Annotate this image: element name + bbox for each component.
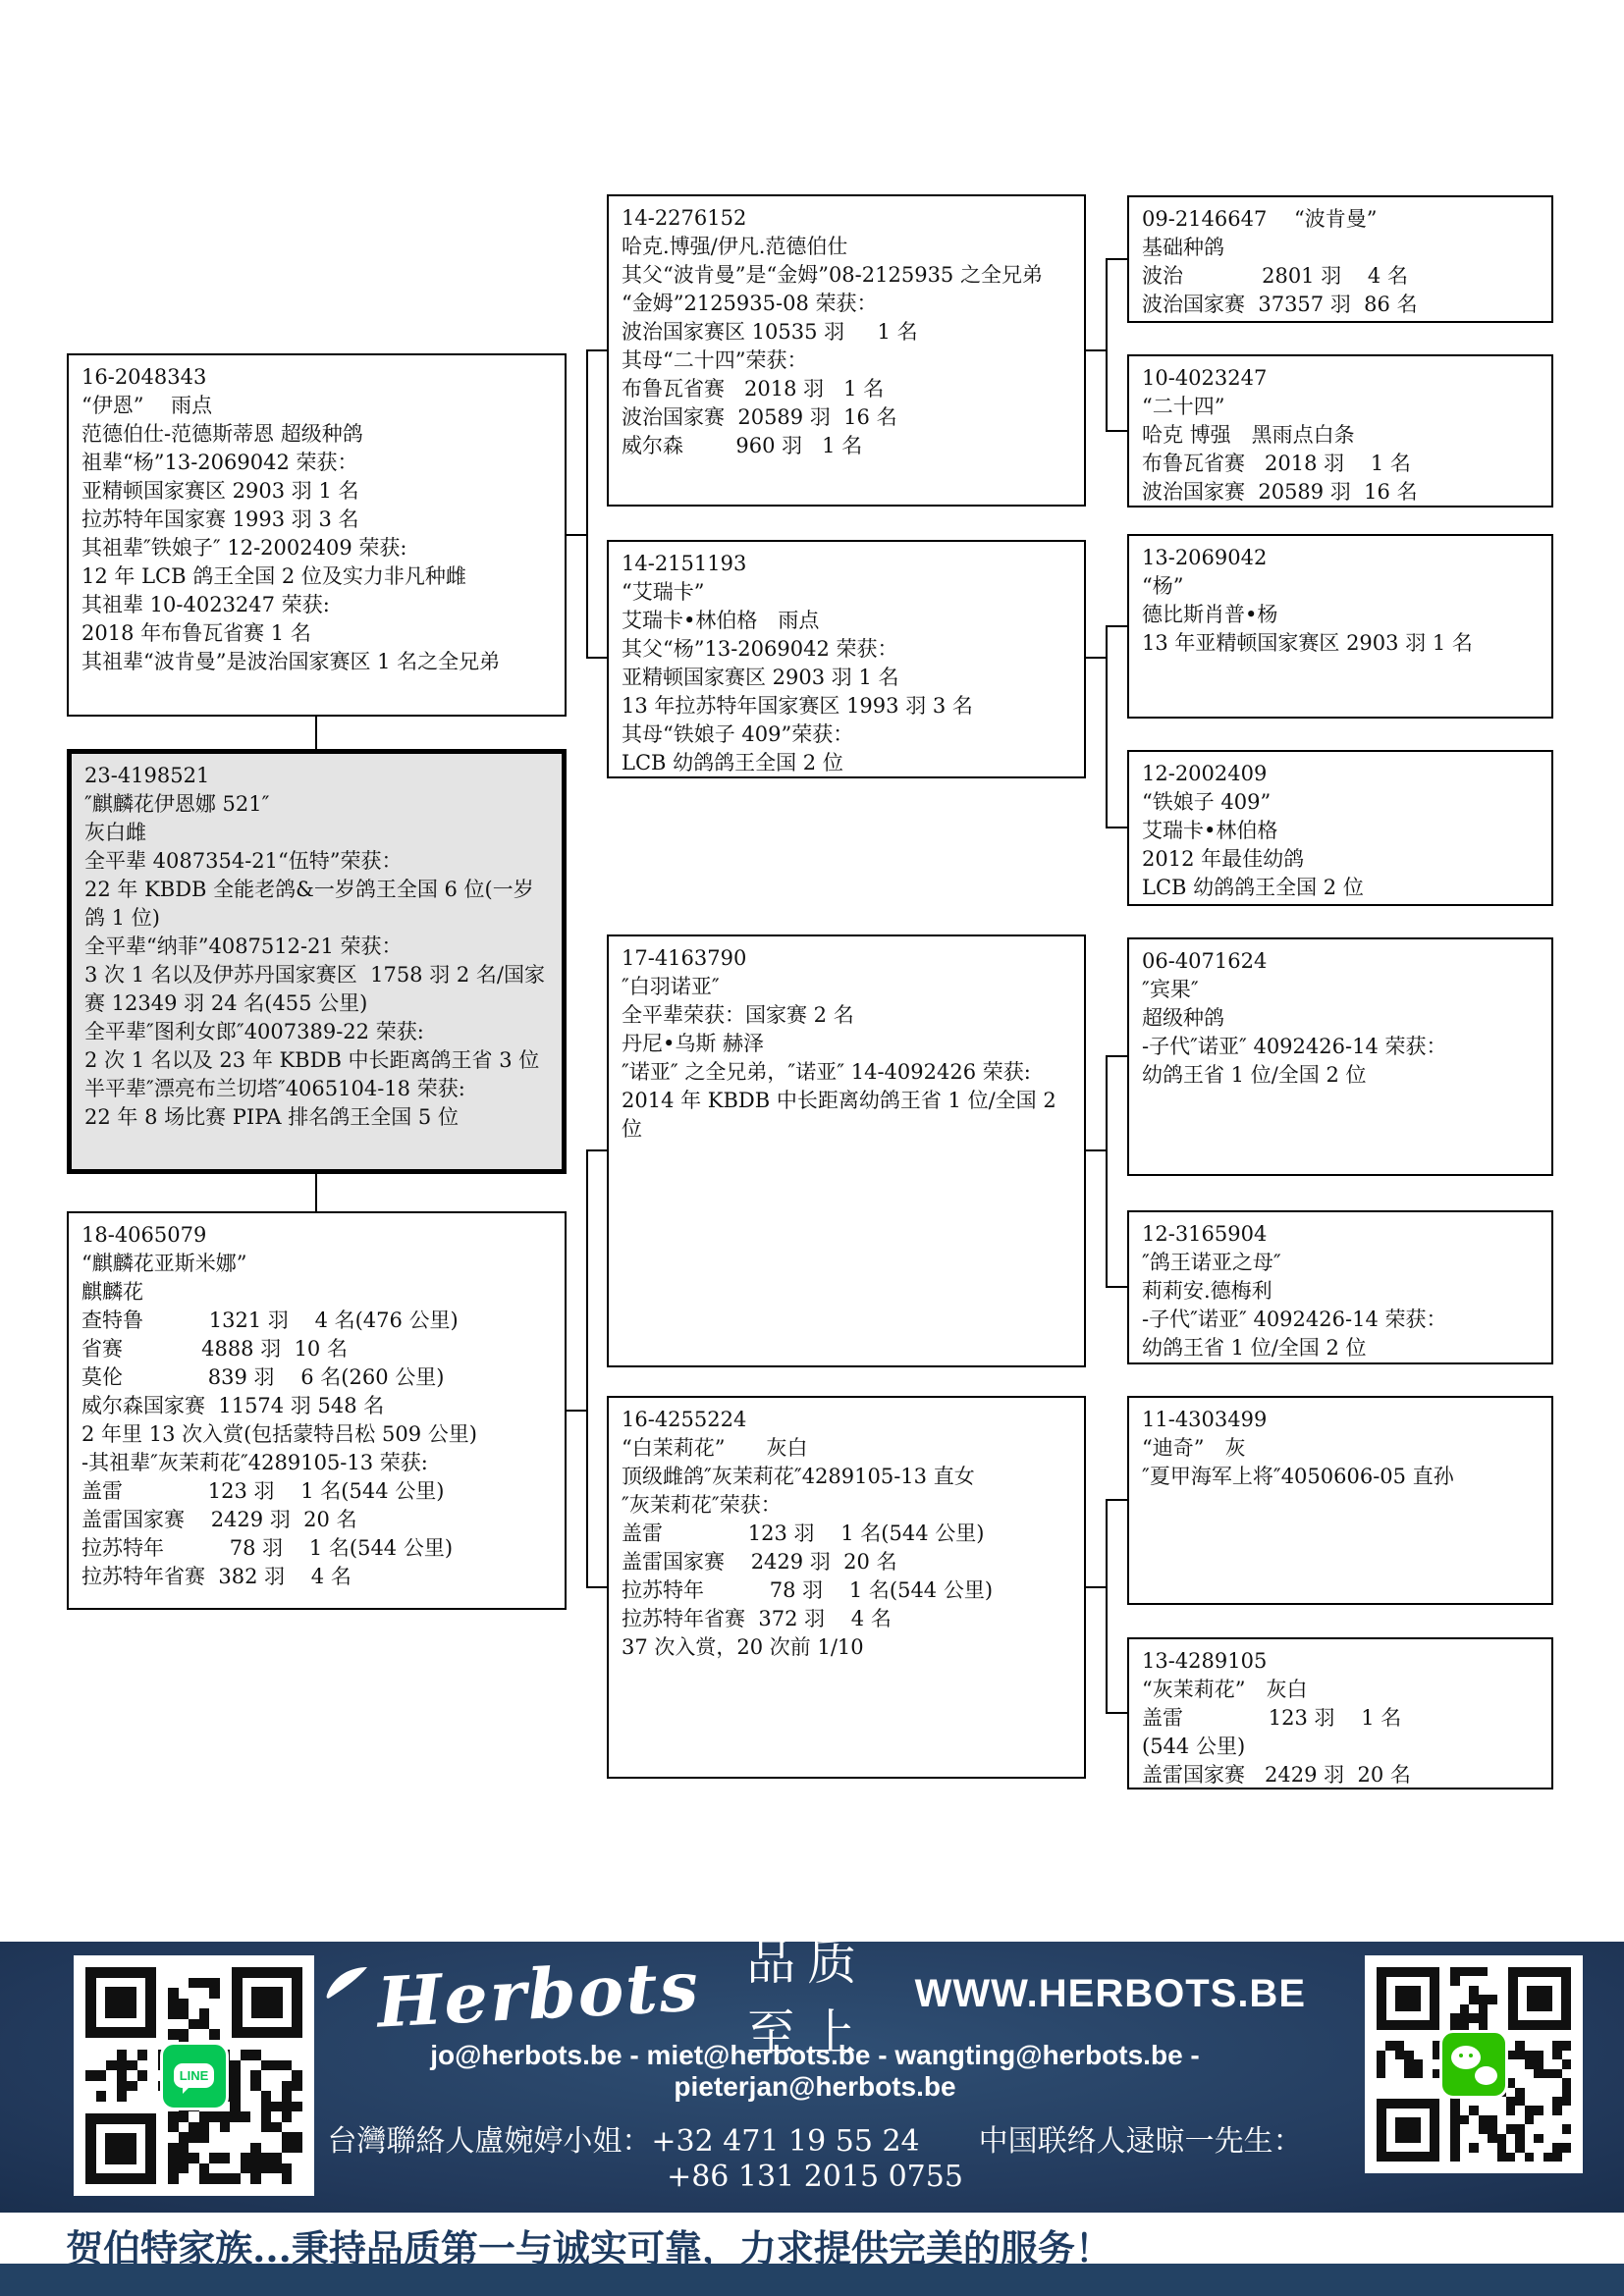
qr-finder xyxy=(232,1967,302,2038)
wechat-icon xyxy=(1439,2030,1508,2099)
pedigree-line: 13 年拉苏特年国家赛区 1993 羽 3 名 xyxy=(622,692,1071,721)
pedigree-line: 37 次入赏，20 次前 1/10 xyxy=(622,1633,1071,1662)
pedigree-line: ″鸽王诺亚之母″ xyxy=(1142,1249,1539,1277)
connector-line xyxy=(586,1586,607,1588)
pedigree-line: “伊恩” 雨点 xyxy=(81,392,552,420)
pedigree-line: 波治国家赛 20589 羽 16 名 xyxy=(622,403,1071,432)
pedigree-box-dam-sire-dam: 12-3165904″鸽王诺亚之母″莉莉安.德梅利-子代″诺亚″ 4092426… xyxy=(1127,1210,1553,1364)
connector-line xyxy=(1106,1055,1108,1288)
pedigree-line: “灰茉莉花” 灰白 xyxy=(1142,1676,1539,1704)
pedigree-line: 06-4071624 xyxy=(1142,947,1539,976)
connector-line xyxy=(315,1174,317,1211)
pedigree-line: 全平辈″图利女郎″4007389-22 荣获: xyxy=(84,1018,549,1046)
connector-line xyxy=(1106,1712,1127,1714)
pedigree-line: 拉苏特年 78 羽 1 名(544 公里) xyxy=(81,1534,552,1563)
pedigree-line: 查特鲁 1321 羽 4 名(476 公里) xyxy=(81,1307,552,1335)
pedigree-line: 盖雷 123 羽 1 名 xyxy=(1142,1704,1539,1733)
qr-code-line: LINE xyxy=(74,1955,314,2196)
pedigree-line: 12-2002409 xyxy=(1142,760,1539,788)
pedigree-line: 艾瑞卡•林伯格 xyxy=(1142,817,1539,845)
bottom-strip xyxy=(0,2264,1624,2296)
pedigree-line: “金姆”2125935-08 荣获： xyxy=(622,290,1071,318)
connector-line xyxy=(567,534,587,536)
pedigree-line: 其祖辈 10-4023247 荣获: xyxy=(81,591,552,619)
pedigree-line: 盖雷 123 羽 1 名(544 公里) xyxy=(81,1477,552,1506)
pedigree-line: LCB 幼鸽鸽王全国 2 位 xyxy=(622,749,1071,777)
connector-line xyxy=(1086,1586,1107,1588)
qr-finder xyxy=(1377,1967,1439,2030)
pedigree-line: 13 年亚精顿国家赛区 2903 羽 1 名 xyxy=(1142,629,1539,658)
connector-line xyxy=(586,1149,607,1151)
pedigree-line: 其祖辈″铁娘子″ 12-2002409 荣获: xyxy=(81,534,552,562)
pedigree-line: 莫伦 839 羽 6 名(260 公里) xyxy=(81,1363,552,1392)
pedigree-line: 布鲁瓦省赛 2018 羽 1 名 xyxy=(1142,450,1539,478)
pedigree-line: 2012 年最佳幼鸽 xyxy=(1142,845,1539,874)
pedigree-line: 莉莉安.德梅利 xyxy=(1142,1277,1539,1306)
pedigree-line: 16-4255224 xyxy=(622,1406,1071,1434)
connector-line xyxy=(1106,1286,1127,1288)
pedigree-line: ″诺亚″ 之全兄弟，″诺亚″ 14-4092426 荣获: xyxy=(622,1058,1071,1087)
connector-line xyxy=(1106,1499,1127,1501)
pedigree-line: 波治国家赛 37357 羽 86 名 xyxy=(1142,291,1539,319)
pedigree-line: 拉苏特年省赛 372 羽 4 名 xyxy=(622,1605,1071,1633)
pedigree-line: 省赛 4888 羽 10 名 xyxy=(81,1335,552,1363)
pedigree-line: 布鲁瓦省赛 2018 羽 1 名 xyxy=(622,375,1071,403)
connector-line xyxy=(586,657,607,659)
connector-line xyxy=(1086,657,1107,659)
pedigree-line: 17-4163790 xyxy=(622,944,1071,973)
pedigree-line: 全平辈荣获：国家赛 2 名 xyxy=(622,1001,1071,1030)
pedigree-line: “白茉莉花” 灰白 xyxy=(622,1434,1071,1463)
connector-line xyxy=(1106,625,1108,828)
pedigree-line: LCB 幼鸽鸽王全国 2 位 xyxy=(1142,874,1539,902)
pedigree-box-sire: 16-2048343“伊恩” 雨点范德伯仕-范德斯蒂恩 超级种鸽祖辈“杨”13-… xyxy=(67,353,567,717)
website-url: WWW.HERBOTS.BE xyxy=(915,1972,1306,2016)
pedigree-line: 波治国家赛 20589 羽 16 名 xyxy=(1142,478,1539,507)
pedigree-line: 盖雷国家赛 2429 羽 20 名 xyxy=(622,1548,1071,1576)
qr-finder xyxy=(1508,1967,1571,2030)
pedigree-line: ″麒麟花伊恩娜 521″ xyxy=(84,790,549,819)
pedigree-box-dam-sire: 17-4163790″白羽诺亚″全平辈荣获：国家赛 2 名丹尼•乌斯 赫泽″诺亚… xyxy=(607,934,1086,1367)
pedigree-line: 2 次 1 名以及 23 年 KBDB 中长距离鸽王省 3 位 xyxy=(84,1046,549,1075)
pedigree-box-subject: 23-4198521″麒麟花伊恩娜 521″灰白雌全平辈 4087354-21“… xyxy=(67,749,567,1174)
pedigree-line: “杨” xyxy=(1142,572,1539,601)
footer-contacts: 台灣聯絡人盧婉婷小姐：+32 471 19 55 24 中国联络人逯晾一先生：+… xyxy=(324,2116,1306,2194)
pedigree-line: 亚精顿国家赛区 2903 羽 1 名 xyxy=(81,477,552,506)
pedigree-line: 3 次 1 名以及伊苏丹国家赛区 1758 羽 2 名/国家赛 12349 羽 … xyxy=(84,961,549,1018)
connector-line xyxy=(1106,258,1127,260)
pedigree-line: “二十四” xyxy=(1142,393,1539,421)
pedigree-line: 拉苏特年省赛 382 羽 4 名 xyxy=(81,1563,552,1591)
pedigree-line: 幼鸽王省 1 位/全国 2 位 xyxy=(1142,1334,1539,1362)
footer-center: Herbots 品质至上 WWW.HERBOTS.BE jo@herbots.b… xyxy=(324,1951,1306,2194)
pedigree-line: 其母“二十四”荣获： xyxy=(622,347,1071,375)
pedigree-box-sire-sire: 14-2276152哈克.博强/伊凡.范德伯仕其父“波肯曼”是“金姆”08-21… xyxy=(607,194,1086,507)
pedigree-line: 威尔森国家赛 11574 羽 548 名 xyxy=(81,1392,552,1420)
pedigree-line: 其祖辈“波肯曼”是波治国家赛区 1 名之全兄弟 xyxy=(81,648,552,676)
pedigree-line: 哈克 博强 黑雨点白条 xyxy=(1142,421,1539,450)
pedigree-line: 范德伯仕-范德斯蒂恩 超级种鸽 xyxy=(81,420,552,449)
pedigree-line: 顶级雌鸽″灰茉莉花″4289105-13 直女 xyxy=(622,1463,1071,1491)
pedigree-line: 哈克.博强/伊凡.范德伯仕 xyxy=(622,233,1071,261)
qr-finder xyxy=(1377,2099,1439,2162)
connector-line xyxy=(586,1149,588,1588)
pedigree-box-sire-dam-sire: 13-2069042“杨”德比斯肖普•杨13 年亚精顿国家赛区 2903 羽 1… xyxy=(1127,534,1553,719)
pedigree-line: 亚精顿国家赛区 2903 羽 1 名 xyxy=(622,664,1071,692)
footer: LINE Herbots 品质至上 WWW.HERBOTS.BE jo@herb… xyxy=(0,1942,1624,2213)
qr-code-wechat xyxy=(1365,1955,1583,2173)
pedigree-box-sire-sire-dam: 10-4023247“二十四”哈克 博强 黑雨点白条布鲁瓦省赛 2018 羽 1… xyxy=(1127,354,1553,507)
pedigree-line: 14-2151193 xyxy=(622,550,1071,578)
pedigree-line: 22 年 8 场比赛 PIPA 排名鸽王全国 5 位 xyxy=(84,1103,549,1132)
pedigree-line: 12 年 LCB 鸽王全国 2 位及实力非凡种雌 xyxy=(81,562,552,591)
pedigree-line: 拉苏特年 78 羽 1 名(544 公里) xyxy=(622,1576,1071,1605)
connector-line xyxy=(1106,1055,1127,1057)
pedigree-line: 麒麟花 xyxy=(81,1278,552,1307)
connector-line xyxy=(1106,625,1127,627)
feather-icon xyxy=(324,1965,369,2004)
brand-logo: Herbots xyxy=(375,1945,702,2043)
connector-line xyxy=(315,717,317,749)
pedigree-line: 拉苏特年国家赛 1993 羽 3 名 xyxy=(81,506,552,534)
pedigree-line: 23-4198521 xyxy=(84,762,549,790)
pedigree-line: -子代″诺亚″ 4092426-14 荣获： xyxy=(1142,1306,1539,1334)
pedigree-line: 幼鸽王省 1 位/全国 2 位 xyxy=(1142,1061,1539,1090)
pedigree-line: 其父“杨”13-2069042 荣获： xyxy=(622,635,1071,664)
pedigree-line: 13-4289105 xyxy=(1142,1647,1539,1676)
connector-line xyxy=(1106,258,1108,432)
pedigree-line: 12-3165904 xyxy=(1142,1220,1539,1249)
line-icon: LINE xyxy=(160,2042,229,2110)
connector-line xyxy=(567,1410,587,1412)
footer-emails: jo@herbots.be - miet@herbots.be - wangti… xyxy=(324,2040,1306,2103)
connector-line xyxy=(586,349,607,351)
pedigree-line: 基础种鸽 xyxy=(1142,234,1539,262)
connector-line xyxy=(1086,349,1107,351)
pedigree-line: ″灰茉莉花″荣获： xyxy=(622,1491,1071,1520)
pedigree-box-sire-sire-sire: 09-2146647 “波肯曼”基础种鸽波治 2801 羽 4 名波治国家赛 3… xyxy=(1127,195,1553,323)
pedigree-line: -其祖辈″灰茉莉花″4289105-13 荣获: xyxy=(81,1449,552,1477)
pedigree-line: 灰白雌 xyxy=(84,819,549,847)
wechat-bubble-eye xyxy=(1459,2054,1463,2057)
pedigree-line: 盖雷国家赛 2429 羽 20 名 xyxy=(81,1506,552,1534)
pedigree-line: 艾瑞卡•林伯格 雨点 xyxy=(622,607,1071,635)
pedigree-box-dam-dam: 16-4255224“白茉莉花” 灰白顶级雌鸽″灰茉莉花″4289105-13 … xyxy=(607,1396,1086,1779)
pedigree-box-sire-dam: 14-2151193“艾瑞卡”艾瑞卡•林伯格 雨点其父“杨”13-2069042… xyxy=(607,540,1086,778)
pedigree-line: 其父“波肯曼”是“金姆”08-2125935 之全兄弟 xyxy=(622,261,1071,290)
wechat-bubble-eye xyxy=(1469,2054,1473,2057)
pedigree-line: 德比斯肖普•杨 xyxy=(1142,601,1539,629)
pedigree-line: 盖雷 123 羽 1 名(544 公里) xyxy=(622,1520,1071,1548)
pedigree-line: 2014 年 KBDB 中长距离幼鸽王省 1 位/全国 2 位 xyxy=(622,1087,1071,1144)
pedigree-line: 半平辈″漂亮布兰切塔″4065104-18 荣获: xyxy=(84,1075,549,1103)
pedigree-line: 丹尼•乌斯 赫泽 xyxy=(622,1030,1071,1058)
connector-line xyxy=(1106,827,1127,828)
pedigree-line: 22 年 KBDB 全能老鸽&一岁鸽王全国 6 位(一岁鸽 1 位) xyxy=(84,876,549,933)
pedigree-line: ″白羽诺亚″ xyxy=(622,973,1071,1001)
pedigree-line: 2 年里 13 次入赏(包括蒙特吕松 509 公里) xyxy=(81,1420,552,1449)
pedigree-line: 波治 2801 羽 4 名 xyxy=(1142,262,1539,291)
pedigree-line: 超级种鸽 xyxy=(1142,1004,1539,1033)
line-icon-label: LINE xyxy=(174,2063,215,2088)
pedigree-line: 14-2276152 xyxy=(622,204,1071,233)
pedigree-line: (544 公里) xyxy=(1142,1733,1539,1761)
footer-logo-row: Herbots 品质至上 WWW.HERBOTS.BE xyxy=(324,1951,1306,2036)
pedigree-line: ″夏甲海军上将″4050606-05 直孙 xyxy=(1142,1463,1539,1491)
qr-finder xyxy=(85,2113,156,2184)
pedigree-line: “铁娘子 409” xyxy=(1142,788,1539,817)
pedigree-line: 威尔森 960 羽 1 名 xyxy=(622,432,1071,460)
pedigree-line: 全平辈“纳菲”4087512-21 荣获： xyxy=(84,933,549,961)
pedigree-box-dam-dam-dam: 13-4289105“灰茉莉花” 灰白盖雷 123 羽 1 名(544 公里)盖… xyxy=(1127,1637,1553,1789)
pedigree-line: 11-4303499 xyxy=(1142,1406,1539,1434)
pedigree-line: 13-2069042 xyxy=(1142,544,1539,572)
connector-line xyxy=(586,349,588,659)
pedigree-box-dam: 18-4065079“麒麟花亚斯米娜”麒麟花查特鲁 1321 羽 4 名(476… xyxy=(67,1211,567,1610)
pedigree-line: 盖雷国家赛 2429 羽 20 名 xyxy=(1142,1761,1539,1789)
pedigree-box-sire-dam-dam: 12-2002409“铁娘子 409”艾瑞卡•林伯格2012 年最佳幼鸽LCB … xyxy=(1127,750,1553,906)
qr-finder xyxy=(85,1967,156,2038)
connector-line xyxy=(1086,1149,1107,1151)
pedigree-line: 16-2048343 xyxy=(81,363,552,392)
pedigree-line: 2018 年布鲁瓦省赛 1 名 xyxy=(81,619,552,648)
pedigree-line: 全平辈 4087354-21“伍特”荣获： xyxy=(84,847,549,876)
pedigree-box-dam-dam-sire: 11-4303499“迪奇” 灰″夏甲海军上将″4050606-05 直孙 xyxy=(1127,1396,1553,1605)
pedigree-line: ″宾果″ xyxy=(1142,976,1539,1004)
pedigree-line: 波治国家赛区 10535 羽 1 名 xyxy=(622,318,1071,347)
pedigree-line: -子代″诺亚″ 4092426-14 荣获： xyxy=(1142,1033,1539,1061)
connector-line xyxy=(1106,1499,1108,1714)
pedigree-line: 18-4065079 xyxy=(81,1221,552,1250)
pedigree-box-dam-sire-sire: 06-4071624″宾果″超级种鸽-子代″诺亚″ 4092426-14 荣获：… xyxy=(1127,937,1553,1176)
pedigree-line: “迪奇” 灰 xyxy=(1142,1434,1539,1463)
connector-line xyxy=(1106,430,1127,432)
pedigree-line: “艾瑞卡” xyxy=(622,578,1071,607)
pedigree-line: “麒麟花亚斯米娜” xyxy=(81,1250,552,1278)
wechat-bubble xyxy=(1451,2046,1481,2069)
pedigree-line: 其母“铁娘子 409”荣获： xyxy=(622,721,1071,749)
pedigree-line: 09-2146647 “波肯曼” xyxy=(1142,205,1539,234)
wechat-bubble xyxy=(1475,2066,1497,2085)
pedigree-line: 祖辈“杨”13-2069042 荣获： xyxy=(81,449,552,477)
pedigree-line: 10-4023247 xyxy=(1142,364,1539,393)
